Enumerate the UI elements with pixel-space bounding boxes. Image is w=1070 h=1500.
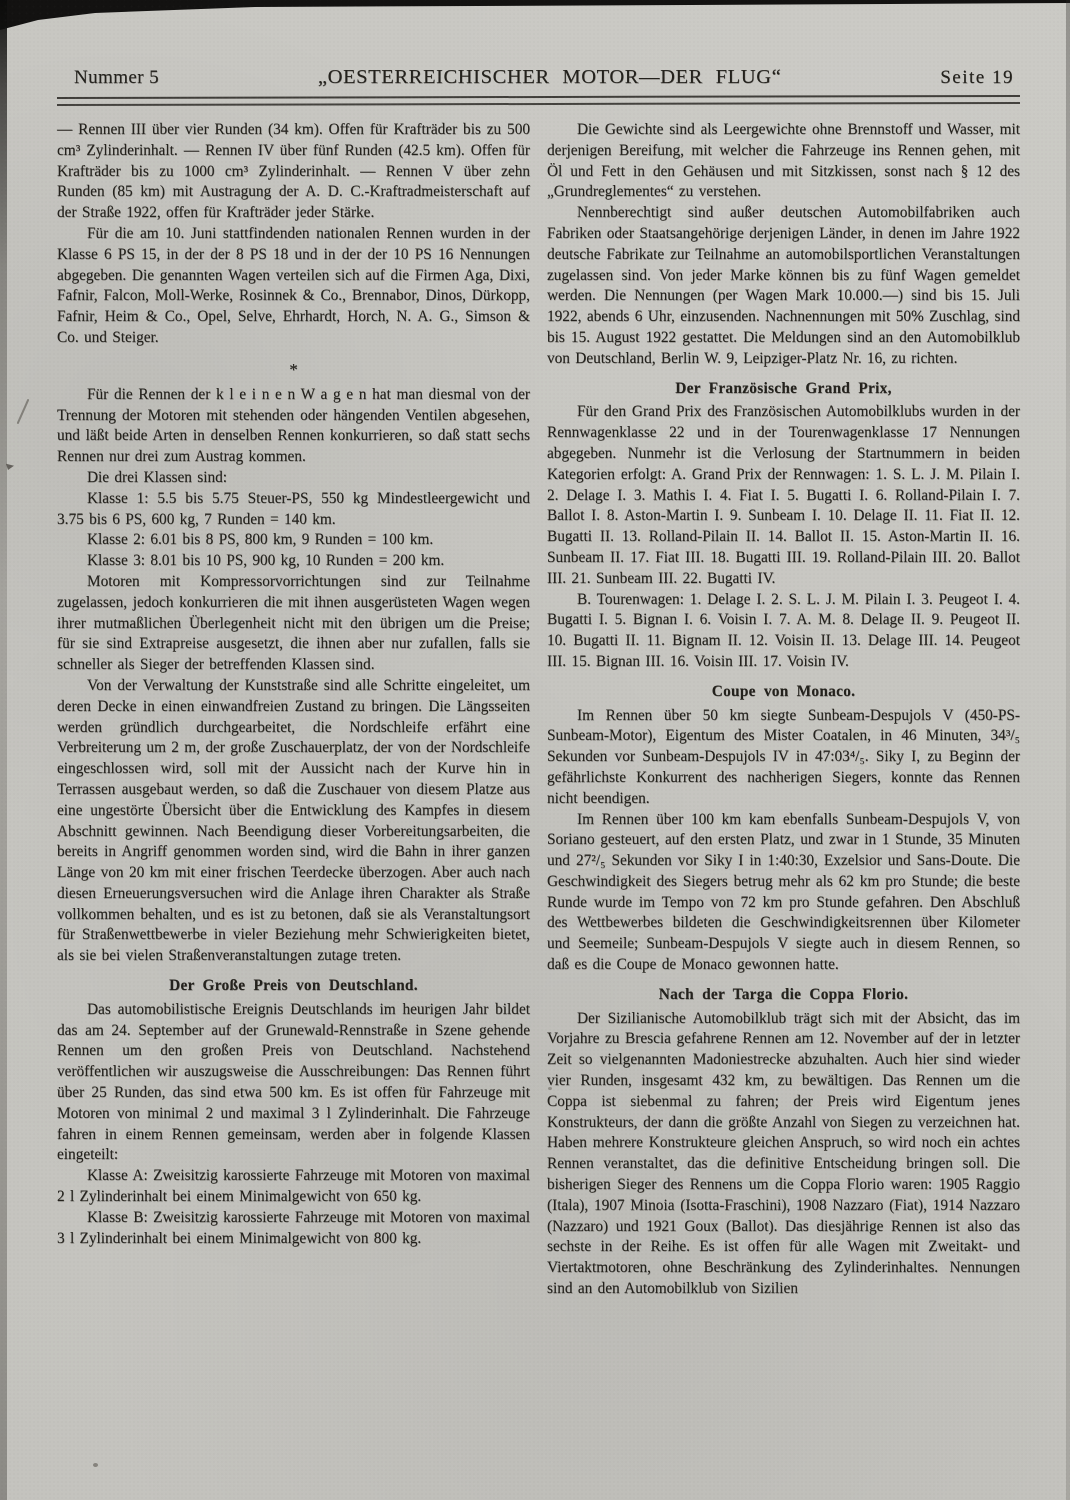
section-heading: Nach der Targa die Coppa Florio. (547, 985, 1020, 1006)
paragraph: — Rennen III über vier Runden (34 km). O… (57, 120, 530, 224)
paragraph: B. Tourenwagen: 1. Delage I. 2. S. L. J.… (547, 590, 1020, 673)
paragraph: Der Sizilianische Automobilklub trägt si… (547, 1009, 1020, 1300)
paragraph: Das automobilistische Ereignis Deutschla… (57, 1000, 530, 1166)
page-title: „OESTERREICHISCHER MOTOR—DER FLUG“ (318, 66, 781, 89)
section-heading: Der Französische Grand Prix, (547, 379, 1020, 400)
paragraph: Von der Verwaltung der Kunststraße sind … (57, 676, 530, 967)
section-heading: Der Große Preis von Deutschland. (57, 976, 530, 997)
paragraph: Motoren mit Kompressorvorrichtungen sind… (57, 572, 530, 676)
section-heading: Coupe von Monaco. (547, 682, 1020, 703)
article-content: — Rennen III über vier Runden (34 km). O… (57, 120, 1020, 1300)
paragraph: Klasse 3: 8.01 bis 10 PS, 900 kg, 10 Run… (57, 551, 530, 572)
paragraph: Nennberechtigt sind außer deutschen Auto… (547, 203, 1020, 369)
paragraph: Klasse A: Zweisitzig karossierte Fahrzeu… (57, 1166, 530, 1208)
paragraph: Im Rennen über 50 km siegte Sunbeam-Desp… (547, 706, 1020, 810)
paragraph: Für die am 10. Juni stattfindenden natio… (57, 224, 530, 349)
header-double-rule (57, 95, 1020, 106)
paragraph: Im Rennen über 100 km kam ebenfalls Sunb… (547, 810, 1020, 976)
paragraph: Klasse 2: 6.01 bis 8 PS, 800 km, 9 Runde… (57, 530, 530, 551)
paragraph: Für die Rennen der k l e i n e n W a g e… (57, 385, 530, 468)
paragraph: Klasse 1: 5.5 bis 5.75 Steuer-PS, 550 kg… (57, 489, 530, 531)
paragraph: Die Gewichte sind als Leergewichte ohne … (547, 120, 1020, 203)
separator-star: * (57, 363, 530, 376)
paragraph: Die drei Klassen sind: (57, 468, 530, 489)
paragraph: Für den Grand Prix des Französischen Aut… (547, 402, 1020, 589)
paragraph: Klasse B: Zweisitzig karossierte Fahrzeu… (57, 1208, 530, 1250)
right-column: Die Gewichte sind als Leergewichte ohne … (547, 120, 1020, 1300)
magazine-page: Nummer 5 „OESTERREICHISCHER MOTOR—DER FL… (0, 0, 1070, 1500)
left-column: — Rennen III über vier Runden (34 km). O… (57, 120, 530, 1300)
issue-number: Nummer 5 (74, 67, 159, 89)
page-header: Nummer 5 „OESTERREICHISCHER MOTOR—DER FL… (57, 66, 1020, 89)
page-number: Seite 19 (940, 67, 1014, 89)
